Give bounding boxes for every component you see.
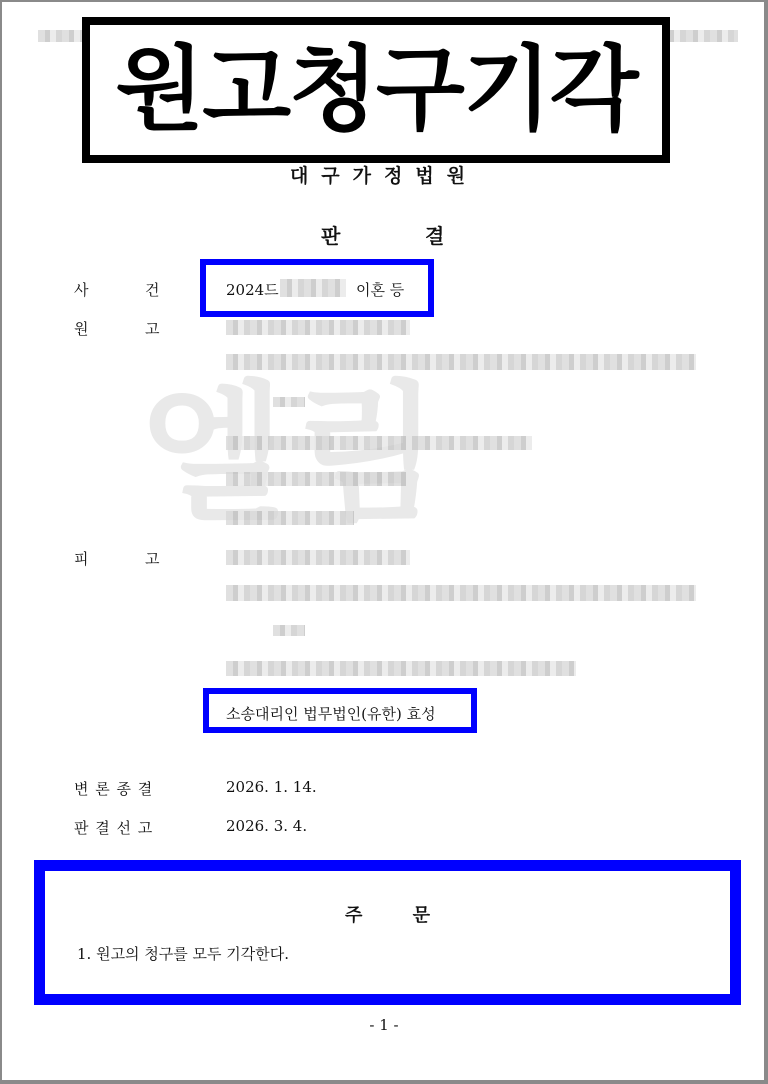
sentencing-date: 2026. 3. 4. <box>226 817 307 835</box>
redacted-case-number <box>280 279 346 297</box>
sentencing-label: 판 결 선 고 <box>74 817 153 838</box>
plaintiff-label-1: 원 <box>74 318 89 339</box>
redacted-plaintiff-attorney-2 <box>226 472 406 486</box>
redacted-plaintiff-address <box>226 354 696 370</box>
verdict-summary-title: 원고청구기각 <box>115 44 636 136</box>
plaintiff-label-2: 고 <box>145 318 160 339</box>
closing-argument-date: 2026. 1. 14. <box>226 778 317 796</box>
case-name: 이혼 등 <box>356 279 404 300</box>
court-name: 대구가정법원 <box>0 161 768 188</box>
redacted-defendant-extra <box>226 661 576 676</box>
order-title: 주 문 <box>45 901 730 927</box>
redacted-plaintiff-name <box>226 320 410 335</box>
doc-type-char-2: 결 <box>425 220 444 249</box>
closing-argument-label: 변 론 종 결 <box>74 778 153 799</box>
case-number-highlight: 2024드 이혼 등 <box>200 259 434 317</box>
redacted-defendant-name <box>226 550 410 565</box>
page-number: - 1 - <box>0 1016 768 1034</box>
defendant-attorney: 소송대리인 법무법인(유한) 효성 <box>226 703 436 724</box>
redacted-plaintiff-attorney-3 <box>226 511 354 525</box>
case-label-1: 사 <box>74 279 89 300</box>
doc-type-char-1: 판 <box>321 220 340 249</box>
defendant-attorney-highlight: 소송대리인 법무법인(유한) 효성 <box>203 688 477 733</box>
redacted-defendant-address <box>226 585 696 601</box>
redacted-plaintiff-address-cont <box>273 397 305 407</box>
order-highlight: 주 문 1. 원고의 청구를 모두 기각한다. <box>34 860 741 1005</box>
verdict-summary-box: 원고청구기각 <box>82 17 670 163</box>
defendant-label-2: 고 <box>145 548 160 569</box>
order-item: 1. 원고의 청구를 모두 기각한다. <box>77 943 289 964</box>
case-number-prefix: 2024드 <box>226 279 279 300</box>
case-label-2: 건 <box>145 279 160 300</box>
redacted-plaintiff-attorney <box>226 436 532 450</box>
defendant-label-1: 피 <box>74 548 89 569</box>
redacted-defendant-address-cont <box>273 625 305 636</box>
